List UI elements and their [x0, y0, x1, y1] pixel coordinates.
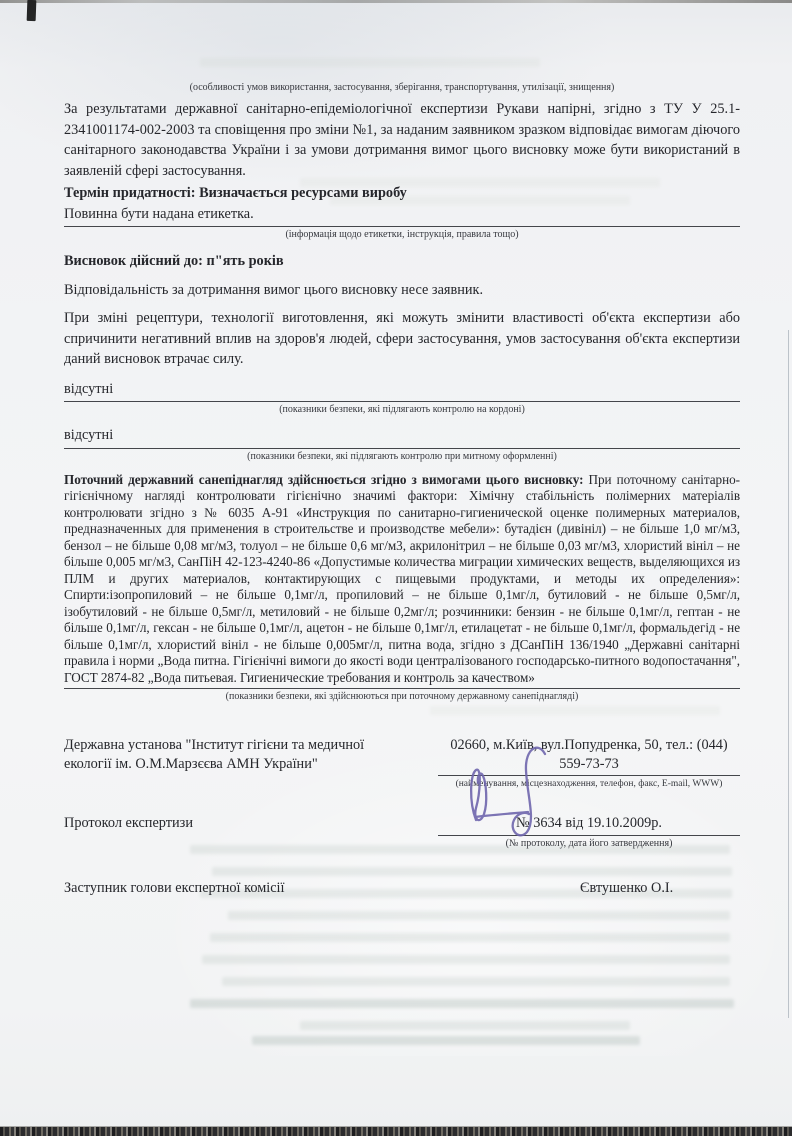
surveillance-paragraph: Поточний державний санепіднагляд здійсню…: [64, 472, 740, 687]
customs-control-line: відсутні: [64, 425, 740, 449]
institution-row: Державна установа "Інститут гігієни та м…: [64, 736, 740, 790]
border-control-value: відсутні: [64, 381, 113, 397]
bleedthrough-ghost: [252, 1036, 640, 1045]
label-note-text: Повинна бути надана етикетка.: [64, 206, 254, 222]
document-content: (особливості умов використання, застосув…: [64, 82, 740, 898]
label-caption: (інформація щодо етикетки, інструкція, п…: [64, 229, 740, 241]
surveillance-caption: (показники безпеки, які здійснюються при…: [64, 691, 740, 703]
border-control-line: відсутні: [64, 379, 740, 403]
institution-name: Державна установа "Інститут гігієни та м…: [64, 736, 424, 774]
shelf-life-heading: Термін придатності: Визначається ресурса…: [64, 183, 740, 204]
usage-conditions-caption: (особливості умов використання, застосув…: [64, 82, 740, 94]
surveillance-lead: Поточний державний санепіднагляд здійсню…: [64, 472, 583, 487]
scan-bottom-edge: [0, 1126, 792, 1136]
institution-contact: 02660, м.Київ, вул.Попудренка, 50, тел.:…: [438, 736, 740, 790]
signoff-row: Заступник голови експертної комісії Євту…: [64, 878, 740, 899]
bleedthrough-ghost: [300, 1021, 630, 1030]
bleedthrough-ghost: [228, 911, 730, 920]
border-control-caption: (показники безпеки, які підлягають контр…: [64, 404, 740, 416]
signer-name: Євтушенко О.І.: [580, 878, 740, 899]
protocol-value: № 3634 від 19.10.2009р.: [438, 813, 740, 836]
protocol-row: Протокол експертизи № 3634 від 19.10.200…: [64, 813, 740, 850]
scan-right-edge-line: [788, 330, 789, 1018]
bleedthrough-ghost: [200, 58, 540, 67]
customs-control-value: відсутні: [64, 427, 113, 443]
validity-heading: Висновок дійсний до: п"ять років: [64, 251, 740, 272]
scanned-document-page: (особливості умов використання, застосув…: [0, 0, 792, 1136]
institution-line2: екології ім. О.М.Марзєєва АМН України": [64, 755, 424, 774]
bleedthrough-ghost: [190, 999, 734, 1008]
scan-corner-mark: [27, 0, 37, 21]
contact-address: 02660, м.Київ, вул.Попудренка, 50, тел.:…: [438, 736, 740, 755]
contact-lines: 02660, м.Київ, вул.Попудренка, 50, тел.:…: [438, 736, 740, 776]
protocol-caption: (№ протоколу, дата його затвердження): [438, 838, 740, 850]
institution-line1: Державна установа "Інститут гігієни та м…: [64, 736, 424, 755]
protocol-label: Протокол експертизи: [64, 813, 193, 834]
bleedthrough-ghost: [202, 955, 730, 964]
responsibility-line: Відповідальність за дотримання вимог цьо…: [64, 280, 740, 301]
bleedthrough-ghost: [210, 933, 730, 942]
institution-caption: (найменування, місцезнаходження, телефон…: [438, 778, 740, 790]
surveillance-rule: [64, 688, 740, 689]
bleedthrough-ghost: [222, 977, 730, 986]
recipe-change-paragraph: При зміні рецептури, технології виготовл…: [64, 308, 740, 370]
expertise-result-paragraph: За результатами державної санітарно-епід…: [64, 99, 740, 181]
contact-phone: 559-73-73: [438, 755, 740, 774]
signer-title: Заступник голови експертної комісії: [64, 878, 285, 899]
label-note-line: Повинна бути надана етикетка.: [64, 204, 740, 228]
customs-control-caption: (показники безпеки, які підлягають контр…: [64, 451, 740, 463]
surveillance-body: При поточному санітарно-гігієнічному наг…: [64, 472, 740, 685]
scan-top-edge: [0, 0, 792, 3]
protocol-block: № 3634 від 19.10.2009р. (№ протоколу, да…: [438, 813, 740, 850]
